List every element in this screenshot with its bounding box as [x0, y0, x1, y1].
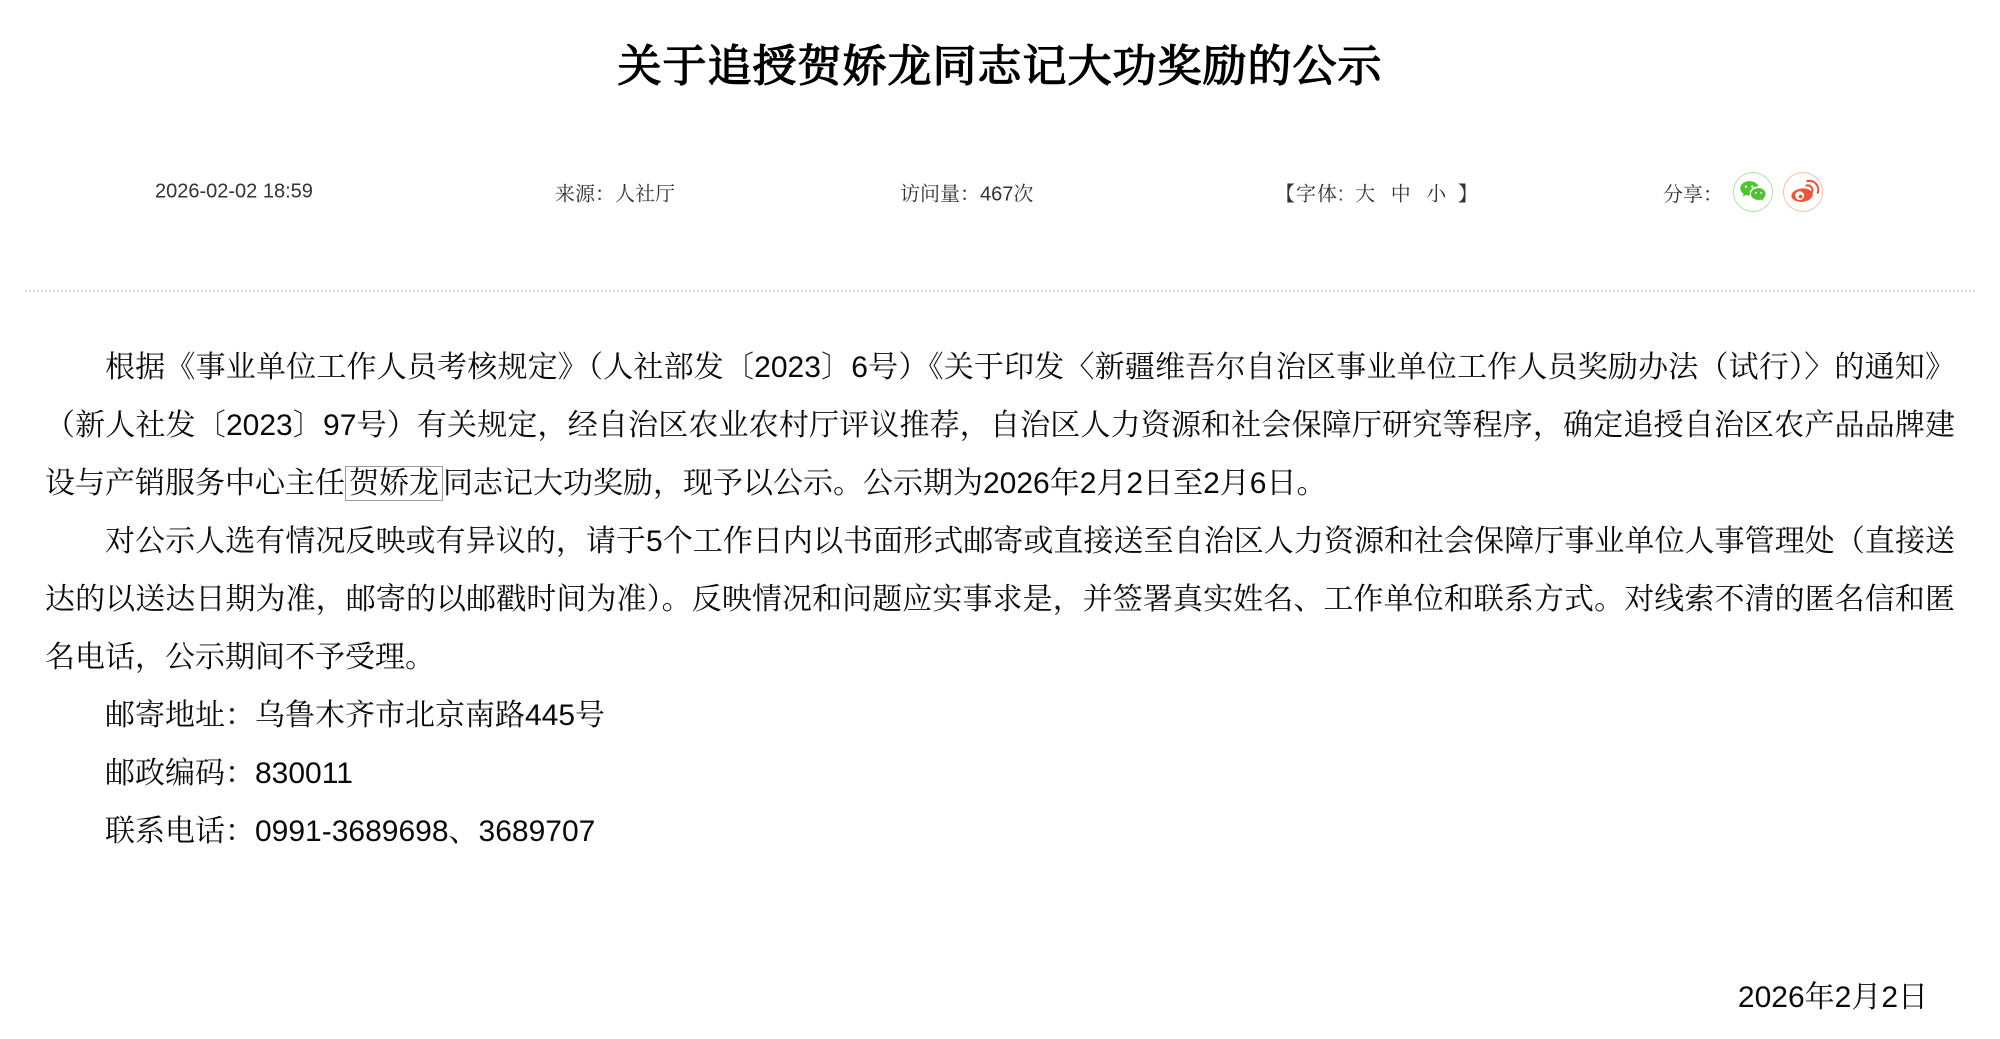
visit-count: 访问量：467次 — [900, 178, 1033, 207]
weibo-share-icon[interactable] — [1783, 172, 1823, 212]
postal-code-line: 邮政编码：830011 — [45, 745, 1955, 803]
article-body: 根据《事业单位工作人员考核规定》（人社部发〔2023〕6号）《关于印发〈新疆维吾… — [0, 339, 2000, 1027]
wechat-share-icon[interactable] — [1733, 172, 1773, 212]
mail-address-line: 邮寄地址：乌鲁木齐市北京南路445号 — [45, 687, 1955, 745]
article-meta-bar: 2026-02-02 18:59 来源：人社厅 访问量：467次 【字体: 大 … — [0, 168, 2000, 216]
share-controls: 分享： — [1663, 172, 1823, 212]
share-label: 分享： — [1663, 178, 1723, 207]
paragraph-2: 对公示人选有情况反映或有异议的，请于5个工作日内以书面形式邮寄或直接送至自治区人… — [45, 513, 1955, 687]
para1-text-after: 同志记大功奖励，现予以公示。公示期为2026年2月2日至2月6日。 — [443, 467, 1326, 500]
highlighted-person-name: 贺娇龙 — [345, 466, 443, 501]
announcement-page: 关于追授贺娇龙同志记大功奖励的公示 2026-02-02 18:59 来源：人社… — [0, 30, 2000, 1027]
font-size-small-button[interactable]: 小 — [1426, 184, 1447, 206]
font-size-large-button[interactable]: 大 — [1355, 184, 1376, 206]
paragraph-1: 根据《事业单位工作人员考核规定》（人社部发〔2023〕6号）《关于印发〈新疆维吾… — [45, 339, 1955, 513]
font-size-medium-button[interactable]: 中 — [1391, 184, 1412, 206]
font-size-suffix: 】 — [1458, 184, 1479, 206]
page-title: 关于追授贺娇龙同志记大功奖励的公示 — [0, 30, 2000, 94]
wechat-icon — [1734, 173, 1772, 211]
sign-date: 2026年2月2日 — [45, 969, 1955, 1027]
publish-datetime: 2026-02-02 18:59 — [155, 181, 313, 204]
header-divider — [25, 290, 1975, 292]
source-label: 来源：人社厅 — [555, 178, 675, 207]
phone-line: 联系电话：0991-3689698、3689707 — [45, 803, 1955, 861]
font-size-prefix: 【字体: — [1275, 184, 1345, 206]
weibo-icon — [1784, 173, 1822, 211]
font-size-control: 【字体: 大 中 小 】 — [1275, 178, 1479, 207]
